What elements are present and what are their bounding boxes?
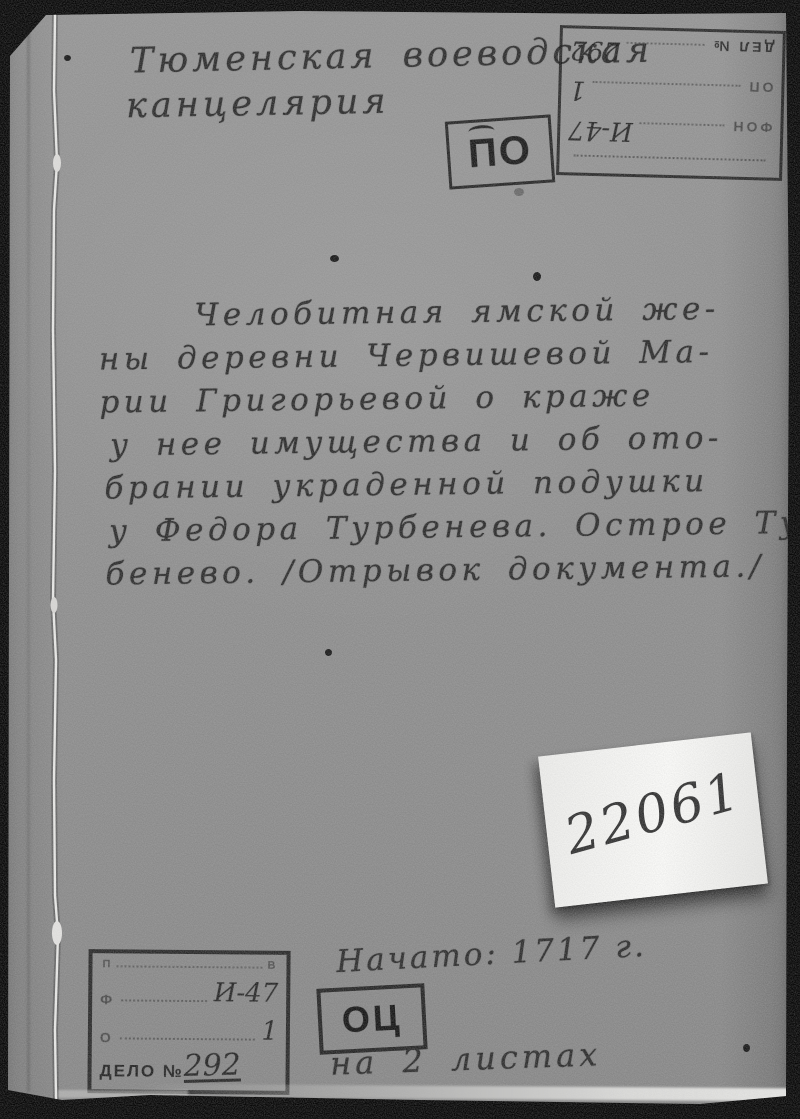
oc-stamp-text: ОЦ (341, 996, 403, 1041)
inventory-sticker: 22061 (538, 732, 768, 907)
stamp-header-right: В (267, 960, 276, 972)
office-name-line2: канцелярия (126, 82, 390, 127)
delo-value: 292 (570, 34, 620, 65)
dotted-leader (639, 122, 725, 127)
dust-speck (514, 188, 524, 196)
opis-value: 1 (569, 74, 586, 104)
dotted-leader (121, 999, 208, 1003)
stamp-faded-line (573, 154, 765, 173)
opis-value: 1 (261, 1016, 278, 1046)
started-year-line: Начато: 1717 г. (335, 928, 647, 980)
archival-file-cover-scan: Тюменская воеводская канцелярия ПО ФОН И… (0, 0, 800, 1119)
stamp-fond-row: ФОН И-47 (560, 114, 781, 150)
thread-knot (51, 597, 58, 613)
left-crease-line (27, 14, 30, 1092)
fond-label: Ф (100, 992, 115, 1008)
stamp-header-row: П В (92, 958, 286, 972)
worn-bottom-edge-left (58, 1090, 188, 1098)
stamp-opis-row: О 1 (92, 1015, 286, 1047)
worn-bottom-edge (140, 1084, 788, 1102)
opis-label: О (100, 1029, 114, 1045)
dust-speck (533, 272, 541, 281)
dust-speck (64, 55, 71, 61)
opis-label: ОП (746, 79, 773, 96)
stamp-header-left: П (102, 958, 111, 970)
delo-label: ДЕЛО № (99, 1061, 183, 1082)
delo-label: ДЕЛ № (711, 38, 775, 56)
title-line: бенево. /Отрывок документа./ (97, 547, 800, 599)
cardboard-cover: Тюменская воеводская канцелярия ПО ФОН И… (0, 0, 800, 1119)
delo-value: 292 (184, 1052, 242, 1082)
dotted-leader (626, 42, 705, 47)
po-stamp: ПО (445, 114, 555, 189)
stamp-delo-row: ДЕЛ № 292 (562, 34, 783, 70)
dotted-leader (120, 1036, 256, 1040)
dotted-leader (592, 81, 741, 88)
dust-speck (330, 255, 339, 262)
sheet-count-line: на 2 листах (329, 1035, 601, 1082)
dotted-leader (116, 958, 262, 968)
fond-label: ФОН (730, 119, 772, 136)
case-title-block: Челобитная ямской же- ны деревни Червише… (94, 289, 800, 599)
fond-value: И-47 (568, 114, 633, 146)
stamp-fond-row: Ф И-47 (92, 977, 286, 1009)
dust-speck (325, 649, 332, 656)
binding-thread (0, 0, 90, 1119)
inventory-number: 22061 (559, 761, 749, 867)
stamp-delo-row: ДЕЛО № 292 (91, 1052, 285, 1083)
archive-stamp-top-right: ФОН И-47 ОП 1 ДЕЛ № 292 (556, 25, 786, 181)
thread-knot (52, 921, 62, 945)
stamp-opis-row: ОП 1 (561, 74, 782, 110)
fond-value: И-47 (214, 979, 279, 1010)
archive-stamp-bottom-left: П В Ф И-47 О 1 ДЕЛО № 292 (87, 949, 290, 1095)
dust-speck (743, 1044, 750, 1052)
thread-knot (53, 154, 61, 172)
